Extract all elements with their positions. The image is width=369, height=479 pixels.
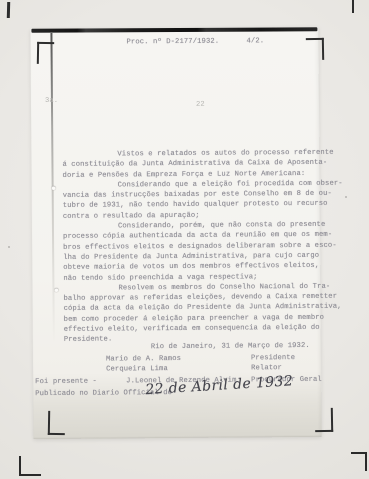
scanned-document-photo: Proc. nº D-2177/1932. 4/2. 3a. 22 Vistos… (0, 0, 369, 479)
signature-title: Relator (251, 364, 282, 372)
date-line: Rio de Janeiro, 31 de Março de 1932. (151, 342, 310, 351)
document-line: tubro de 1931, não tendo havido qualquer… (63, 199, 337, 211)
signature-title: Presidente (251, 354, 295, 362)
page-torn-top-edge (31, 27, 317, 32)
document-page: Proc. nº D-2177/1932. 4/2. 3a. 22 Vistos… (30, 27, 321, 439)
punch-hole (52, 186, 56, 190)
presence-prefix: Foi presente - (35, 378, 97, 386)
signature-name: Mario de A. Ramos (106, 355, 181, 364)
scan-artifact (345, 196, 347, 198)
outer-bracket-bottom-left (19, 456, 41, 476)
corner-bracket-top-right (306, 38, 324, 60)
margin-note: 3a. (45, 97, 58, 105)
document-body: Vistos e relatados os autos do processo … (62, 148, 338, 346)
page-ref: 4/2. (246, 37, 264, 45)
process-number: Proc. nº D-2177/1932. (126, 38, 219, 47)
page-number: 22 (196, 101, 205, 109)
corner-bracket-bottom-left (48, 411, 65, 435)
registration-tick-top-left (7, 2, 10, 18)
signature-name: Cerqueira Lima (106, 365, 168, 373)
document-line: obteve maioria de votos um dos membros e… (63, 261, 337, 273)
outer-bracket-bottom-right (351, 452, 367, 471)
corner-bracket-bottom-right (315, 408, 333, 432)
corner-bracket-top-left (37, 42, 54, 64)
punch-hole (54, 288, 58, 292)
registration-tick-top-right (352, 0, 354, 13)
scan-artifact (8, 246, 10, 248)
